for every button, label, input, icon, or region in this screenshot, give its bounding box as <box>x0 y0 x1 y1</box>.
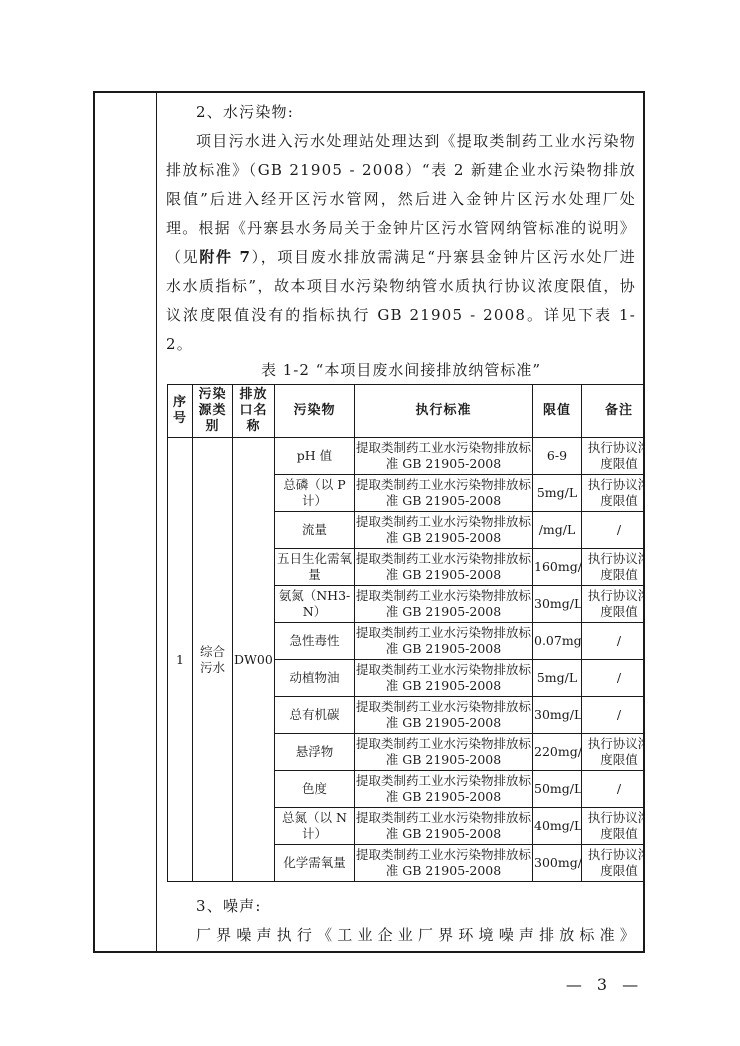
standard-cell: 提取类制药工业水污染物排放标准 GB 21905-2008 <box>355 660 533 697</box>
document-page: 2、水污染物: 项目污水进入污水处理站处理达到《提取类制药工业水污染物排放标准》… <box>0 0 740 1046</box>
standard-cell: 提取类制药工业水污染物排放标准 GB 21905-2008 <box>355 623 533 660</box>
source-cell: 综合污水 <box>193 438 233 882</box>
attachment-7-bold-text: 附件 7 <box>199 248 251 266</box>
note-cell: / <box>582 697 644 734</box>
note-cell: 执行协议浓度限值 <box>582 475 644 512</box>
table-header-cell: 序号 <box>168 385 193 438</box>
table-header-cell: 备注 <box>582 385 644 438</box>
limit-cell: /mg/L <box>533 512 582 549</box>
limit-cell: 5mg/L <box>533 660 582 697</box>
table-header-cell: 执行标准 <box>355 385 533 438</box>
pollutant-cell: 流量 <box>275 512 355 549</box>
table-header-cell: 排放口名称 <box>233 385 275 438</box>
limit-cell: 300mg/L <box>533 845 582 882</box>
note-cell: 执行协议浓度限值 <box>582 845 644 882</box>
pollutant-cell: 悬浮物 <box>275 734 355 771</box>
standard-cell: 提取类制药工业水污染物排放标准 GB 21905-2008 <box>355 549 533 586</box>
pollutant-cell: 总磷（以 P 计） <box>275 475 355 512</box>
table-header-cell: 污染源类别 <box>193 385 233 438</box>
standard-cell: 提取类制药工业水污染物排放标准 GB 21905-2008 <box>355 586 533 623</box>
note-cell: 执行协议浓度限值 <box>582 808 644 845</box>
seq-cell: 1 <box>168 438 193 882</box>
water-pollutant-paragraph: 项目污水进入污水处理站处理达到《提取类制药工业水污染物排放标准》（GB 2190… <box>166 127 636 359</box>
form-content: 2、水污染物: 项目污水进入污水处理站处理达到《提取类制药工业水污染物排放标准》… <box>157 93 643 951</box>
standard-cell: 提取类制药工业水污染物排放标准 GB 21905-2008 <box>355 808 533 845</box>
noise-heading: 3、噪声: <box>166 892 636 921</box>
limit-cell: 30mg/L <box>533 697 582 734</box>
pollutant-cell: 动植物油 <box>275 660 355 697</box>
pollutant-cell: 色度 <box>275 771 355 808</box>
pollutant-cell: 总有机碳 <box>275 697 355 734</box>
table-body: 1综合污水DW001pH 值提取类制药工业水污染物排放标准 GB 21905-2… <box>168 438 644 882</box>
pollutant-cell: 氨氮（NH3-N） <box>275 586 355 623</box>
note-cell: 执行协议浓度限值 <box>582 734 644 771</box>
page-number: — 3 — <box>552 975 652 994</box>
outlet-cell: DW001 <box>233 438 275 882</box>
note-cell: / <box>582 771 644 808</box>
standard-cell: 提取类制药工业水污染物排放标准 GB 21905-2008 <box>355 845 533 882</box>
pollutant-cell: 化学需氧量 <box>275 845 355 882</box>
limit-cell: 30mg/L <box>533 586 582 623</box>
standard-cell: 提取类制药工业水污染物排放标准 GB 21905-2008 <box>355 771 533 808</box>
pollutant-cell: 总氮（以 N 计） <box>275 808 355 845</box>
table-head: 序号污染源类别排放口名称污染物执行标准限值备注 <box>168 385 644 438</box>
note-cell: 执行协议浓度限值 <box>582 586 644 623</box>
limit-cell: 6-9 <box>533 438 582 475</box>
note-cell: / <box>582 512 644 549</box>
table-header-cell: 污染物 <box>275 385 355 438</box>
limit-cell: 50mg/L <box>533 771 582 808</box>
table-header-cell: 限值 <box>533 385 582 438</box>
standard-cell: 提取类制药工业水污染物排放标准 GB 21905-2008 <box>355 438 533 475</box>
note-cell: / <box>582 660 644 697</box>
water-paragraph-text-1: 项目污水进入污水处理站处理达到《提取类制药工业水污染物排放标准》（GB 2190… <box>166 132 636 266</box>
pollutant-cell: pH 值 <box>275 438 355 475</box>
limit-cell: 40mg/L <box>533 808 582 845</box>
standard-cell: 提取类制药工业水污染物排放标准 GB 21905-2008 <box>355 697 533 734</box>
limit-cell: 220mg/L <box>533 734 582 771</box>
limit-cell: 0.07mg/L <box>533 623 582 660</box>
standard-cell: 提取类制药工业水污染物排放标准 GB 21905-2008 <box>355 512 533 549</box>
note-cell: / <box>582 623 644 660</box>
limit-cell: 160mg/L <box>533 549 582 586</box>
note-cell: 执行协议浓度限值 <box>582 438 644 475</box>
limit-cell: 5mg/L <box>533 475 582 512</box>
pollutant-cell: 五日生化需氧量 <box>275 549 355 586</box>
table-title: 表 1-2 “本项目废水间接排放纳管标准” <box>166 359 636 382</box>
pollutant-cell: 急性毒性 <box>275 623 355 660</box>
form-outer-border: 2、水污染物: 项目污水进入污水处理站处理达到《提取类制药工业水污染物排放标准》… <box>93 91 645 953</box>
water-pollutant-heading: 2、水污染物: <box>166 98 636 127</box>
form-left-column <box>95 93 157 951</box>
standard-cell: 提取类制药工业水污染物排放标准 GB 21905-2008 <box>355 475 533 512</box>
noise-paragraph: 厂界噪声执行《工业企业厂界环境噪声排放标准》（GB12348-2008）3 类标… <box>166 921 636 951</box>
discharge-standards-table: 序号污染源类别排放口名称污染物执行标准限值备注 1综合污水DW001pH 值提取… <box>167 384 643 882</box>
note-cell: 执行协议浓度限值 <box>582 549 644 586</box>
table-row: 1综合污水DW001pH 值提取类制药工业水污染物排放标准 GB 21905-2… <box>168 438 644 475</box>
standard-cell: 提取类制药工业水污染物排放标准 GB 21905-2008 <box>355 734 533 771</box>
table-header-row: 序号污染源类别排放口名称污染物执行标准限值备注 <box>168 385 644 438</box>
